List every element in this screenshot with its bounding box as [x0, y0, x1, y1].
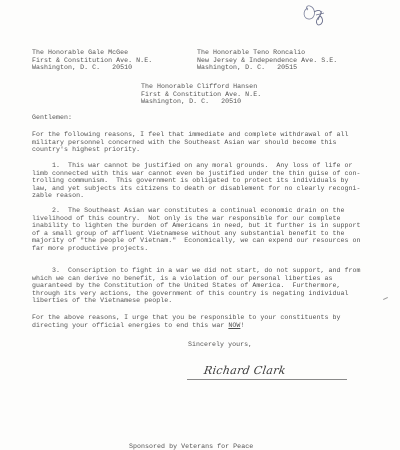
closing-paragraph: For the above reasons, I urge that you b… — [32, 314, 362, 329]
point-line: guaranteed by the Constitution of the Un… — [32, 282, 362, 290]
point-3-paragraph: 3. Conscription to fight in a war we did… — [32, 267, 362, 305]
addressee-name: The Honorable Gale McGee — [32, 49, 152, 57]
point-2-paragraph: 2. The Southeast Asian war constitutes a… — [32, 207, 362, 253]
addressee-city: Washington, D. C. 20510 — [141, 98, 261, 106]
point-line: zable reason. — [32, 192, 362, 200]
point-line: limb connected with this war cannot even… — [32, 170, 362, 178]
point-line: trolling communism. This government is o… — [32, 177, 362, 185]
closing-line: directing your official energies to end … — [32, 322, 362, 330]
point-line: inability to lighten the burden of Ameri… — [32, 222, 362, 230]
point-line: 2. The Southeast Asian war constitutes a… — [32, 207, 362, 215]
intro-line: For the following reasons, I feel that i… — [32, 131, 362, 139]
addressee-street: First & Constitution Ave. N.E. — [32, 57, 152, 65]
point-line: law, and yet subjects its citizens to de… — [32, 185, 362, 193]
point-line: 1. This war cannot be justified on any m… — [32, 162, 362, 170]
margin-mark — [383, 297, 388, 300]
point-1-paragraph: 1. This war cannot be justified on any m… — [32, 162, 362, 200]
addressee-block-hansen: The Honorable Clifford Hansen First & Co… — [141, 83, 261, 106]
salutation: Gentlemen: — [32, 114, 72, 122]
complimentary-close: Sincerely yours, — [188, 341, 252, 349]
point-line: 3. Conscription to fight in a war we did… — [32, 267, 362, 275]
closing-line: For the above reasons, I urge that you b… — [32, 314, 362, 322]
emphasis-now: NOW — [228, 322, 240, 329]
addressee-block-roncalio: The Honorable Teno Roncalio New Jersey &… — [197, 49, 337, 72]
point-line: which we can derive no benefit, is a vio… — [32, 275, 362, 283]
intro-line: military personnel concerned with the So… — [32, 139, 362, 147]
point-line: liberties of the Vietnamese people. — [32, 297, 362, 305]
addressee-block-mcgee: The Honorable Gale McGee First & Constit… — [32, 49, 152, 72]
closing-line-text: directing your official energies to end … — [32, 322, 228, 329]
sponsor-footer: Sponsored by Veterans for Peace — [129, 443, 253, 450]
letter-page: The Honorable Gale McGee First & Constit… — [0, 0, 400, 450]
exclamation: ! — [240, 322, 244, 329]
addressee-name: The Honorable Teno Roncalio — [197, 49, 337, 57]
handwritten-initials-mark — [300, 2, 330, 30]
addressee-street: New Jersey & Independence Ave. S.E. — [197, 57, 337, 65]
addressee-city: Washington, D. C. 20515 — [197, 64, 337, 72]
point-line: majority of "the people of Vietnam." Eco… — [32, 237, 362, 245]
handwritten-signature: Richard Clark — [203, 364, 287, 377]
point-line: far more productive projects. — [32, 245, 362, 253]
intro-line: country's highest priority. — [32, 146, 362, 154]
addressee-city: Washington, D. C. 20510 — [32, 64, 152, 72]
point-line: of a small group of affluent Vietnamese … — [32, 230, 362, 238]
point-line: through its very actions, the government… — [32, 290, 362, 298]
point-line: livelihood of this country. Not only is … — [32, 215, 362, 223]
addressee-street: First & Constitution Ave. N.E. — [141, 91, 261, 99]
addressee-name: The Honorable Clifford Hansen — [141, 83, 261, 91]
signature-line — [187, 379, 347, 380]
intro-paragraph: For the following reasons, I feel that i… — [32, 131, 362, 154]
